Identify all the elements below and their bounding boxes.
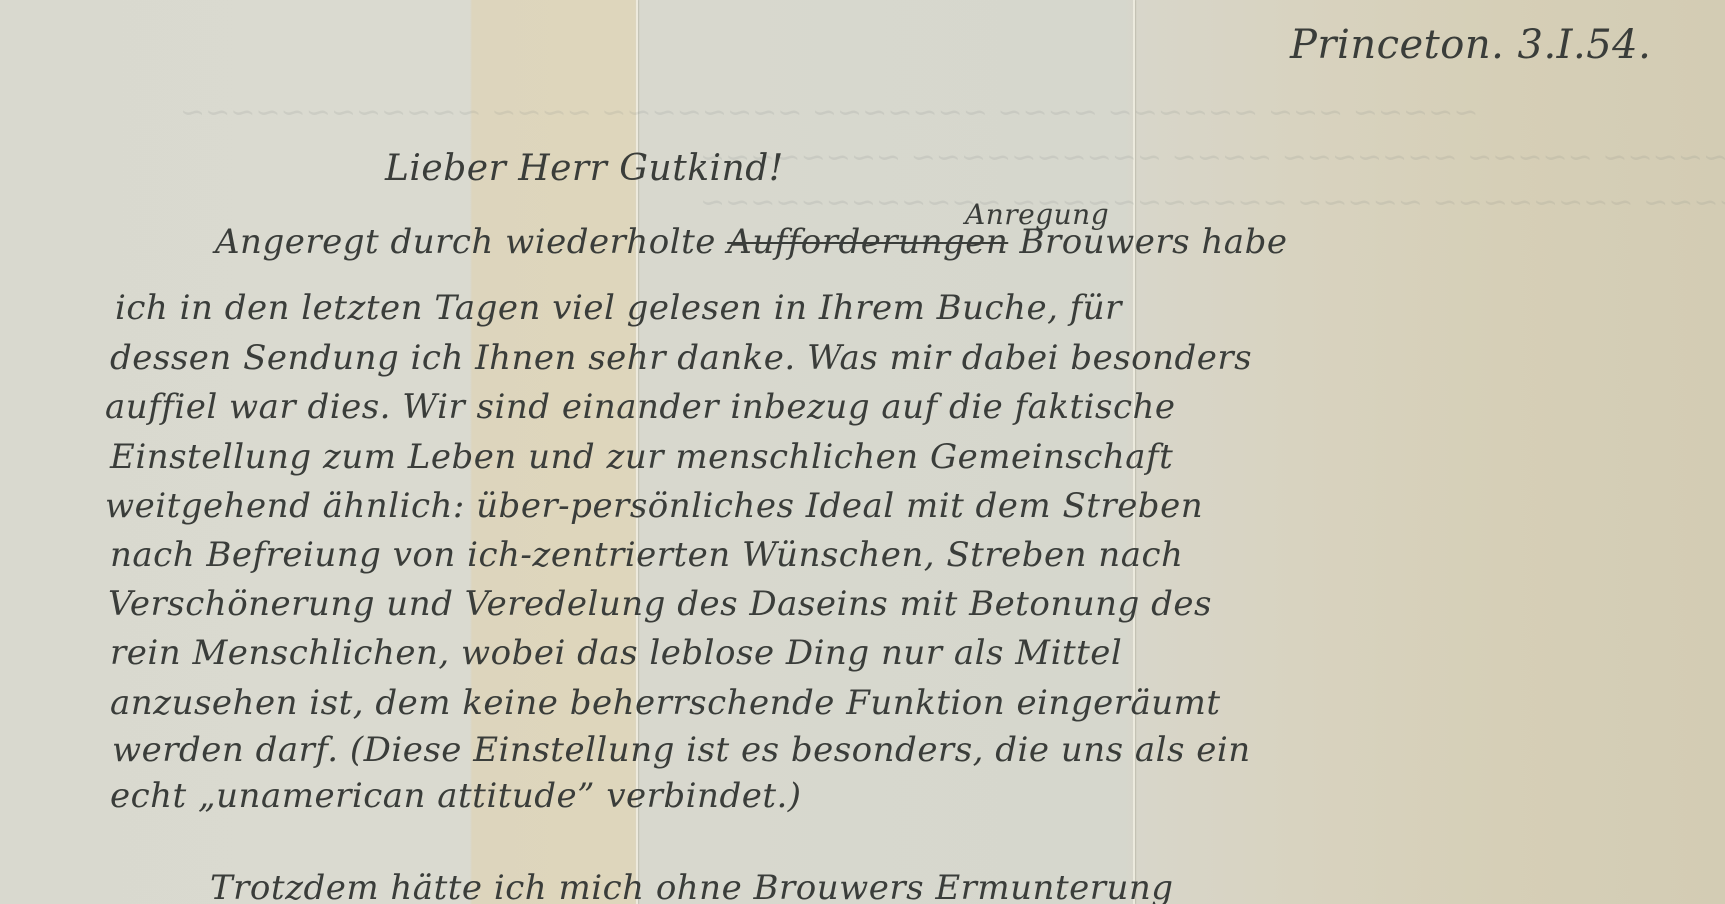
letter-line: ich in den letzten Tagen viel gelesen in… — [115, 288, 1122, 328]
line-text: Brouwers habe — [1008, 222, 1287, 262]
letter-line: Verschönerung und Veredelung des Daseins… — [108, 584, 1212, 624]
letter-line: Einstellung zum Leben und zur menschlich… — [110, 437, 1173, 477]
letter-line: weitgehend ähnlich: über-persönliches Id… — [105, 486, 1203, 526]
letter-line: werden darf. (Diese Einstellung ist es b… — [112, 730, 1251, 770]
letter-date: Princeton. 3.I.54. — [1290, 22, 1651, 68]
letter-line: rein Menschlichen, wobei das leblose Din… — [110, 633, 1122, 673]
letter-line: Trotzdem hätte ich mich ohne Brouwers Er… — [210, 868, 1174, 904]
line-text: Angeregt durch wiederholte — [215, 222, 727, 262]
show-through-text: ~~~~~ ~~~~~~~~ ~~~~~ ~~~~~~~~~~~ ~~~~~~~… — [700, 185, 1725, 220]
letter-greeting: Lieber Herr Gutkind! — [385, 148, 784, 189]
struck-word: Aufforderungen — [727, 222, 1008, 262]
letter-line: Angeregt durch wiederholte Aufforderunge… — [215, 222, 1287, 262]
letter-line: anzusehen ist, dem keine beherrschende F… — [110, 683, 1221, 723]
letter-line: dessen Sendung ich Ihnen sehr danke. Was… — [110, 338, 1252, 378]
letter-line: echt „unamerican attitude” verbindet.) — [110, 776, 802, 816]
letter-line: nach Befreiung von ich-zentrierten Wünsc… — [110, 535, 1183, 575]
show-through-text: ~~~~~~~ ~~~~~ ~~~~~~~ ~~~~ ~~~~~~~~~~ ~~… — [700, 140, 1725, 175]
show-through-text: ~~~~~ ~~~ ~~~~~~ ~~~~ ~~~~~~~ ~~~~~~~~ ~… — [180, 95, 1478, 130]
letter-line: auffiel war dies. Wir sind einander inbe… — [105, 387, 1176, 427]
